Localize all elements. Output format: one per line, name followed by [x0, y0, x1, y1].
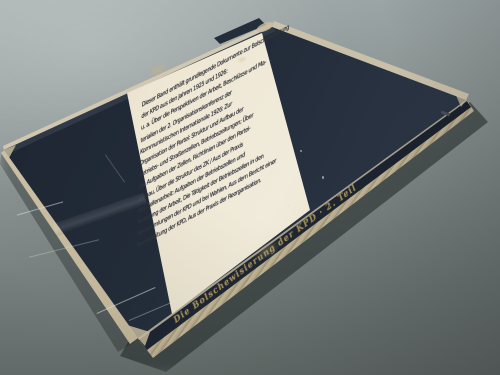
photo-stage: Die Bolschewisierung der KPD · 2. Teil D…: [0, 0, 500, 375]
photo-vignette: [0, 0, 500, 375]
